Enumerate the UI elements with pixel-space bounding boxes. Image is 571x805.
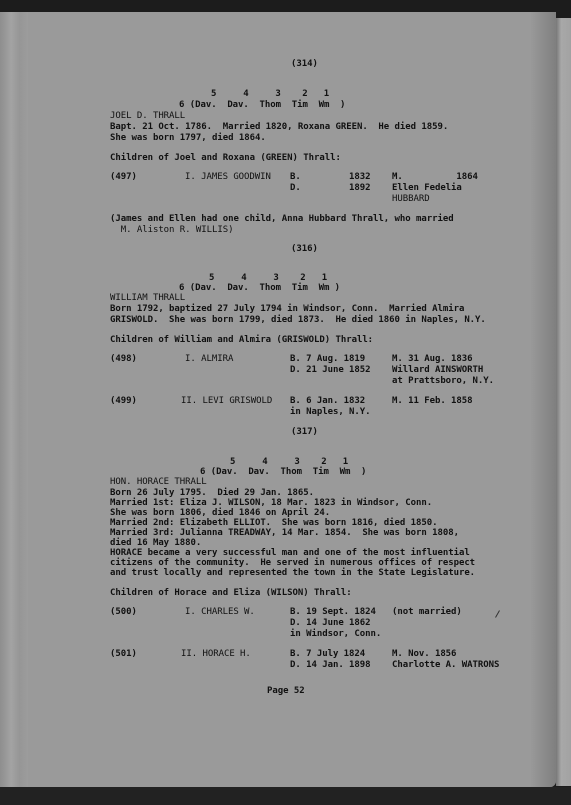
bio-line: Bapt. 21 Oct. 1786. Married 1820, Roxana…	[110, 122, 448, 133]
person-name: HON. HORACE THRALL	[110, 477, 207, 488]
child-ref: (498)	[110, 354, 137, 365]
person-name: WILLIAM THRALL	[110, 293, 185, 304]
child-ref: (500)	[110, 607, 137, 618]
scanner-bottom-edge	[0, 787, 571, 805]
bio-line: GRISWOLD. She was born 1799, died 1873. …	[110, 315, 486, 326]
child-marriage: M. 31 Aug. 1836	[392, 354, 473, 365]
section-number: (316)	[291, 244, 318, 255]
child-name: I. JAMES GOODWIN	[185, 172, 271, 183]
child-marriage: (not married)	[392, 607, 462, 618]
child-name: I. ALMIRA	[185, 354, 233, 365]
scanned-document-viewer: (314) 5 4 3 2 1 6 (Dav. Dav. Thom Tim Wm…	[0, 0, 571, 805]
child-marriage: M. 11 Feb. 1858	[392, 396, 473, 407]
child-birth: B. 7 July 1824	[290, 649, 365, 660]
child-marriage-place: at Prattsboro, N.Y.	[392, 376, 494, 387]
note-line: M. Aliston R. WILLIS)	[110, 225, 233, 236]
child-death: D. 1892	[290, 183, 371, 194]
bio-line: She was born 1797, died 1864.	[110, 133, 266, 144]
child-spouse-surname: HUBBARD	[392, 194, 430, 205]
child-birth: B. 19 Sept. 1824	[290, 607, 376, 618]
child-ref: (501)	[110, 649, 137, 660]
child-marriage: M. Nov. 1856	[392, 649, 456, 660]
child-birth: B. 7 Aug. 1819	[290, 354, 365, 365]
lineage-line: 6 (Dav. Dav. Thom Tim Wm )	[200, 467, 366, 478]
note-line: (James and Ellen had one child, Anna Hub…	[110, 214, 454, 225]
child-name: II. HORACE H.	[181, 649, 251, 660]
bio-line: Born 1792, baptized 27 July 1794 in Wind…	[110, 304, 464, 315]
lineage-line: 6 (Dav. Dav. Thom Tim Wm )	[179, 100, 345, 111]
bio-line: and trust locally and represented the to…	[110, 568, 475, 579]
child-death: D. 14 Jan. 1898	[290, 660, 371, 671]
child-name: II. LEVI GRISWOLD	[181, 396, 272, 407]
child-death: D. 21 June 1852	[290, 365, 371, 376]
children-heading: Children of Horace and Eliza (WILSON) Th…	[110, 588, 352, 599]
children-heading: Children of William and Almira (GRISWOLD…	[110, 335, 373, 346]
child-spouse: Charlotte A. WATRONS	[392, 660, 499, 671]
lineage-line: 6 (Dav. Dav. Thom Tim Wm )	[179, 283, 340, 294]
section-number: (317)	[291, 427, 318, 438]
child-death-place: in Windsor, Conn.	[290, 629, 381, 640]
generation-numbers: 5 4 3 2 1	[211, 89, 329, 100]
adjacent-page-edge	[556, 18, 571, 786]
child-spouse: Ellen Fedelia	[392, 183, 462, 194]
child-birth-place: in Naples, N.Y.	[290, 407, 371, 418]
section-number: (314)	[291, 59, 318, 70]
child-name: I. CHARLES W.	[185, 607, 255, 618]
person-name: JOEL D. THRALL	[110, 111, 185, 122]
page-left-margin-shadow	[0, 12, 28, 787]
child-marriage: M. 1864	[392, 172, 478, 183]
child-birth: B. 6 Jan. 1832	[290, 396, 365, 407]
children-heading: Children of Joel and Roxana (GREEN) Thra…	[110, 153, 341, 164]
child-ref: (497)	[110, 172, 137, 183]
child-spouse: Willard AINSWORTH	[392, 365, 483, 376]
page-footer: Page 52	[267, 686, 305, 697]
page-right-edge-shadow	[530, 12, 556, 787]
child-birth: B. 1832	[290, 172, 371, 183]
child-ref: (499)	[110, 396, 137, 407]
child-death: D. 14 June 1862	[290, 618, 371, 629]
